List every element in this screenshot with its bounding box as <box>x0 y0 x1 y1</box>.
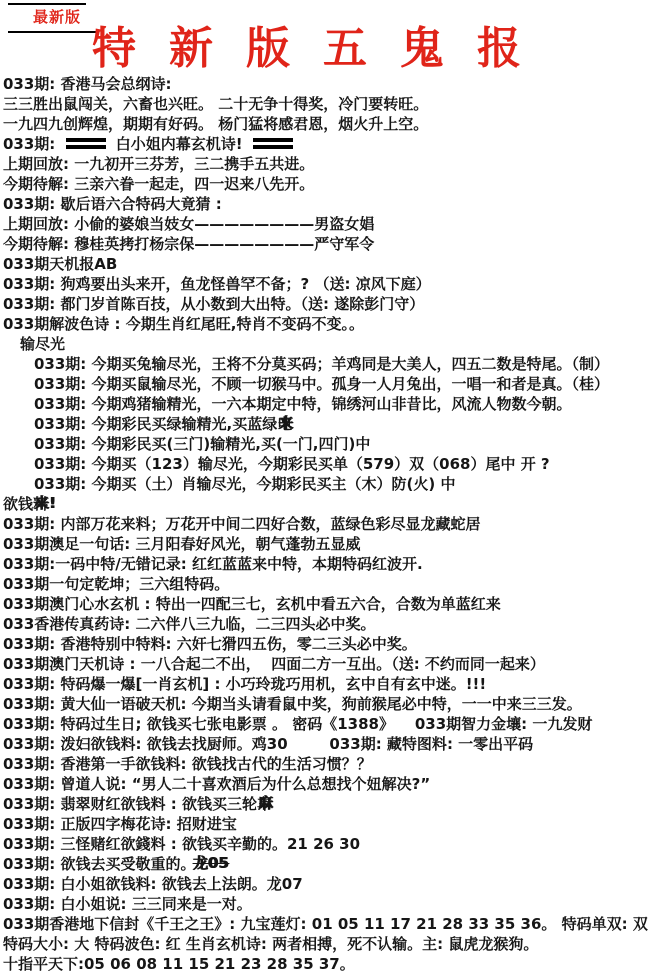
line-text: 033期: 今期买兔输尽光，王将不分莫买码；羊鸡同是大美人，四五二数是特尾。（制… <box>34 355 609 373</box>
line-text: 上期回放: 小偷的婆娘当妓女————————男盗女娼 <box>3 215 374 233</box>
text-line: 今期待解: 穆桂英拷打杨宗保————————严守军令 <box>0 234 670 254</box>
tip-sheet-page: 最新版 特新版五鬼报 033期: 香港马会总纲诗:三三胜出鼠闯关，六畜也兴旺。 … <box>0 0 670 977</box>
line-text: 033期: 今期鸡猪输精光，一六本期定中特，锦绣河山非昔比，风流人物数今朝。 <box>34 395 572 413</box>
text-line: 033期: 欲钱去买受敬重的。龙05 <box>0 854 670 874</box>
text-line: 033期: 歇后语六合特码大竟猜 : <box>0 194 670 214</box>
text-line: 033期: 特码过生日; 欲钱买七张电影票 。 密码《1388》 033期智力金… <box>0 714 670 734</box>
line-text: 033期: 今期买鼠输尽光，不顾一切猴马中。孤身一人月兔出，一唱一和者是真。（桂… <box>34 375 609 393</box>
text-line: 033期澳门心水玄机 : 特出一四配三七，玄机中看五六合，合数为单蓝红来 <box>0 594 670 614</box>
text-line: 033期: 都门岁首陈百技，从小数到大出特。（送: 遂除彭门守） <box>0 294 670 314</box>
line-text: 一九四九创辉煌，期期有好码。 杨门猛将感君恩，烟火升上空。 <box>3 115 428 133</box>
line-text: 十指平天下:05 06 08 11 15 21 23 28 35 37。 <box>3 955 355 973</box>
text-line: 033期一句定乾坤；三六组特码。 <box>0 574 670 594</box>
line-text: 033期香港地下信封《千王之王》: 九宝莲灯: 01 05 11 17 21 2… <box>3 915 648 933</box>
line-text: 033期: 白小姐说: 三三同来是一对。 <box>3 895 252 913</box>
line-text: 033期天机报AB <box>3 255 117 273</box>
text-line: 033期: 翡翠财红欲钱料 : 欲钱买三轮车麻 <box>0 794 670 814</box>
line-text: 033期: 香港特别中特料: 六奸七猾四五伤，零二三头必中奖。 <box>3 635 417 653</box>
line-text: 033期: 特码过生日; 欲钱买七张电影票 。 密码《1388》 033期智力金… <box>3 715 592 733</box>
badge-bottom-rule <box>8 31 96 33</box>
text-line: 033期: 今期买兔输尽光，王将不分莫买码；羊鸡同是大美人，四五二数是特尾。（制… <box>0 354 670 374</box>
line-text: 033期: 三怪赌红欲錢料 : 欲钱买辛勤的。21 26 30 <box>3 835 360 853</box>
line-text: 033香港传真药诗: 二六伴八三九临，二三四头必中奖。 <box>3 615 376 633</box>
text-line: 三三胜出鼠闯关，六畜也兴旺。 二十无争十得奖，冷门要转旺。 <box>0 94 670 114</box>
line-text: 033期: 歇后语六合特码大竟猜 : <box>3 195 222 213</box>
text-line: 033期: 白小姐欲钱料: 欲钱去上法朗。龙07 <box>0 874 670 894</box>
line-text: 白小姐内幕玄机诗! <box>111 135 248 153</box>
line-text: 033期: 曾道人说: “男人二十喜欢酒后为什么总想找个妞解决?” <box>3 775 430 793</box>
line-text: 033期: 今期买（123）输尽光，今期彩民买单（579）双（068）尾中 开 … <box>34 455 550 473</box>
overprinted-text: 来 <box>278 414 293 432</box>
line-text: 033期: 今期买（土）肖输尽光，今期彩民买主（木）防(火) 中 <box>34 475 455 493</box>
text-line: 033期: 今期买（土）肖输尽光，今期彩民买主（木）防(火) 中 <box>0 474 670 494</box>
overprinted-text: 来! <box>34 494 56 512</box>
overprinted-text: 麻 <box>258 794 273 812</box>
text-line: 033期: 三怪赌红欲錢料 : 欲钱买辛勤的。21 26 30 <box>0 834 670 854</box>
line-text: 033期: 狗鸡要出头来开，鱼龙怪兽罕不备；? （送: 凉风下庭） <box>3 275 431 293</box>
line-text: 033期: 内部万花来料；万花开中间二四好合数，蓝绿色彩尽显龙藏蛇居 <box>3 515 481 533</box>
line-text: 033期: 香港马会总纲诗: <box>3 75 172 93</box>
line-text: 033期: 正版四字梅花诗: 招财进宝 <box>3 815 237 833</box>
text-line: 033期: 曾道人说: “男人二十喜欢酒后为什么总想找个妞解决?” <box>0 774 670 794</box>
text-line: 十指平天下:05 06 08 11 15 21 23 28 35 37。 <box>0 954 670 974</box>
text-line: 033期天机报AB <box>0 254 670 274</box>
text-line: 033期: 内部万花来料；万花开中间二四好合数，蓝绿色彩尽显龙藏蛇居 <box>0 514 670 534</box>
text-line: 033期: 香港第一手欲钱料: 欲钱找古代的生活习惯？？ <box>0 754 670 774</box>
text-line: 033香港传真药诗: 二六伴八三九临，二三四头必中奖。 <box>0 614 670 634</box>
text-line: 输尽光 <box>0 334 670 354</box>
line-text: 033期: 今期彩民买(三门)输精光,买(一门,四门)中 <box>34 435 370 453</box>
text-line: 033期: 今期买鼠输尽光，不顾一切猴马中。孤身一人月兔出，一唱一和者是真。（桂… <box>0 374 670 394</box>
latest-edition-badge: 最新版 <box>33 6 81 27</box>
line-text: 033期澳门天机诗 : 一八合起二不出， 四面二方一互出。（送: 不约而同一起来… <box>3 655 545 673</box>
line-text: 033期澳门心水玄机 : 特出一四配三七，玄机中看五六合，合数为单蓝红来 <box>3 595 501 613</box>
headline-with-bars: 033期: 白小姐内幕玄机诗! <box>0 134 670 154</box>
text-line: 一九四九创辉煌，期期有好码。 杨门猛将感君恩，烟火升上空。 <box>0 114 670 134</box>
line-prefix: 033期: <box>3 135 61 153</box>
text-line: 033期: 泼妇欲钱料: 欲钱去找厨师。鸡30 033期: 藏特图料: 一零出平… <box>0 734 670 754</box>
line-text: 033期: 白小姐欲钱料: 欲钱去上法朗。龙07 <box>3 875 303 893</box>
text-line: 033期: 今期彩民买(三门)输精光,买(一门,四门)中 <box>0 434 670 454</box>
line-text: 今期待解: 穆桂英拷打杨宗保————————严守军令 <box>3 235 374 253</box>
line-text: 033期解波色诗 : 今期生肖红尾旺,特肖不变码不变。。 <box>3 315 364 333</box>
text-line: 033期香港地下信封《千王之王》: 九宝莲灯: 01 05 11 17 21 2… <box>0 914 670 934</box>
line-text: 033期澳足一句话: 三月阳春好风光，朝气蓬勃五显威 <box>3 535 361 553</box>
text-line: 欲钱料来! <box>0 494 670 514</box>
page-title: 特新版五鬼报 <box>92 12 554 76</box>
text-line: 033期: 正版四字梅花诗: 招财进宝 <box>0 814 670 834</box>
text-line: 033期澳门天机诗 : 一八合起二不出， 四面二方一互出。（送: 不约而同一起来… <box>0 654 670 674</box>
text-line: 033期: 今期鸡猪输精光，一六本期定中特，锦绣河山非昔比，风流人物数今朝。 <box>0 394 670 414</box>
double-bar-icon <box>66 137 106 150</box>
text-line: 033期: 特码爆一爆[一肖玄机] : 小巧玲珑巧用机，玄中自有玄中迷。!!! <box>0 674 670 694</box>
line-text: 今期待解: 三亲六眷一起走，四一迟来八先开。 <box>3 175 314 193</box>
line-text: 033期: 翡翠财红欲钱料 : 欲钱买三轮车 <box>3 795 272 813</box>
line-text: 输尽光 <box>20 335 65 353</box>
line-text: 033期一句定乾坤；三六组特码。 <box>3 575 229 593</box>
text-line: 033期: 今期买（123）输尽光，今期彩民买单（579）双（068）尾中 开 … <box>0 454 670 474</box>
text-line: 033期解波色诗 : 今期生肖红尾旺,特肖不变码不变。。 <box>0 314 670 334</box>
text-line: 上期回放: 小偷的婆娘当妓女————————男盗女娼 <box>0 214 670 234</box>
text-line: 033期: 香港特别中特料: 六奸七猾四五伤，零二三头必中奖。 <box>0 634 670 654</box>
text-line: 今期待解: 三亲六眷一起走，四一迟来八先开。 <box>0 174 670 194</box>
text-line: 033期: 狗鸡要出头来开，鱼龙怪兽罕不备；? （送: 凉风下庭） <box>0 274 670 294</box>
line-text: 033期: 黄大仙一语破天机: 今期当头请看鼠中奖，狗前猴尾必中特，一一中来三三… <box>3 695 582 713</box>
line-text: 033期: 香港第一手欲钱料: 欲钱找古代的生活习惯？？ <box>3 755 372 773</box>
line-text: 特码大小: 大 特码波色: 红 生肖玄机诗: 两者相搏，死不认输。主: 鼠虎龙猴… <box>3 935 538 953</box>
text-line: 特码大小: 大 特码波色: 红 生肖玄机诗: 两者相搏，死不认输。主: 鼠虎龙猴… <box>0 934 670 954</box>
text-line: 033期澳足一句话: 三月阳春好风光，朝气蓬勃五显威 <box>0 534 670 554</box>
text-line: 033期: 白小姐说: 三三同来是一对。 <box>0 894 670 914</box>
line-text: 033期: 都门岁首陈百技，从小数到大出特。（送: 遂除彭门守） <box>3 295 424 313</box>
text-line: 上期回放: 一九初开三芬芳，三二携手五共进。 <box>0 154 670 174</box>
text-line: 033期: 香港马会总纲诗: <box>0 74 670 94</box>
text-line: 033期: 今期彩民买绿输精光,买蓝绿电来 <box>0 414 670 434</box>
line-text: 上期回放: 一九初开三芬芳，三二携手五共进。 <box>3 155 314 173</box>
line-text: 033期:一码中特/无错记录: 红红蓝蓝来中特，本期特码红波开. <box>3 555 423 573</box>
text-line: 033期: 黄大仙一语破天机: 今期当头请看鼠中奖，狗前猴尾必中特，一一中来三三… <box>0 694 670 714</box>
text-line: 033期:一码中特/无错记录: 红红蓝蓝来中特，本期特码红波开. <box>0 554 670 574</box>
body-lines: 033期: 香港马会总纲诗:三三胜出鼠闯关，六畜也兴旺。 二十无争十得奖，冷门要… <box>0 74 670 974</box>
badge-top-rule <box>8 3 86 5</box>
line-text: 三三胜出鼠闯关，六畜也兴旺。 二十无争十得奖，冷门要转旺。 <box>3 95 428 113</box>
line-text: 033期: 泼妇欲钱料: 欲钱去找厨师。鸡30 033期: 藏特图料: 一零出平… <box>3 735 533 753</box>
line-text: 033期: 欲钱去买受敬重的。 <box>3 855 196 873</box>
line-text: 033期: 特码爆一爆[一肖玄机] : 小巧玲珑巧用机，玄中自有玄中迷。!!! <box>3 675 486 693</box>
double-bar-icon <box>253 137 293 150</box>
line-text: 033期: 今期彩民买绿输精光,买蓝绿电 <box>34 415 292 433</box>
overprinted-text: 龙05 <box>193 854 229 872</box>
